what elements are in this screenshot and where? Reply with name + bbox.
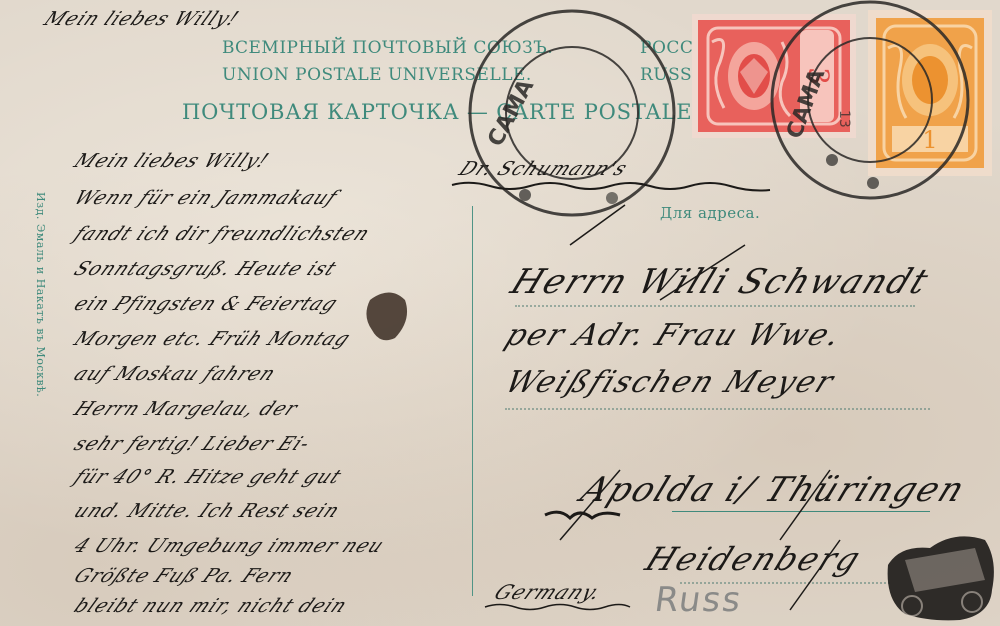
coach-cachet [888, 536, 994, 620]
message-line: für 40° R. Hitze geht gut [70, 466, 346, 488]
message-line: 4 Uhr. Umgebung immer neu [70, 535, 389, 557]
message-line: Größte Fuß Pa. Fern [70, 565, 298, 587]
message-line: Herrn Margelau, der [70, 398, 302, 420]
message-line: fandt ich dir freundlichsten [70, 223, 374, 245]
message-line: Wenn für ein Jammakauf [70, 187, 342, 209]
message-line: sehr fertig! Lieber Ei- [70, 433, 315, 455]
message-line: bleibt nun mir, nicht dein [70, 595, 352, 617]
message-line: auf Moskau fahren [70, 363, 280, 385]
postcard: ВСЕМIРНЫЙ ПОЧТОВЫЙ СОЮЗЪ. РОСС UNION POS… [0, 0, 1000, 626]
sender-line: Dr. Schumann's [455, 158, 632, 180]
svg-text:13: 13 [836, 110, 852, 128]
address-line-name: Herrn Willi Schwandt [505, 262, 936, 302]
address-line-recipient: Weißfischen Meyer [500, 365, 840, 400]
pencil-note: Russ [652, 580, 745, 620]
message-line: ein Pfingsten & Feiertag [70, 293, 342, 315]
message-line: Mein liebes Willy! [40, 8, 243, 30]
message-line: und. Mitte. Ich Rest sein [70, 500, 344, 522]
message-line: Morgen etc. Früh Montag [70, 328, 355, 350]
address-line-street: Heidenberg [640, 540, 868, 578]
address-country: Germany. [490, 580, 607, 604]
message-line: Mein liebes Willy! [70, 150, 273, 172]
svg-text:САМА: САМА [483, 75, 539, 150]
address-line-care-of: per Adr. Frau Wwe. [500, 318, 848, 353]
svg-text:САМА: САМА [782, 66, 830, 142]
message-line: Sonntagsgruß. Heute ist [70, 258, 341, 280]
address-line-city: Apolda i/ Thüringen [575, 470, 972, 510]
